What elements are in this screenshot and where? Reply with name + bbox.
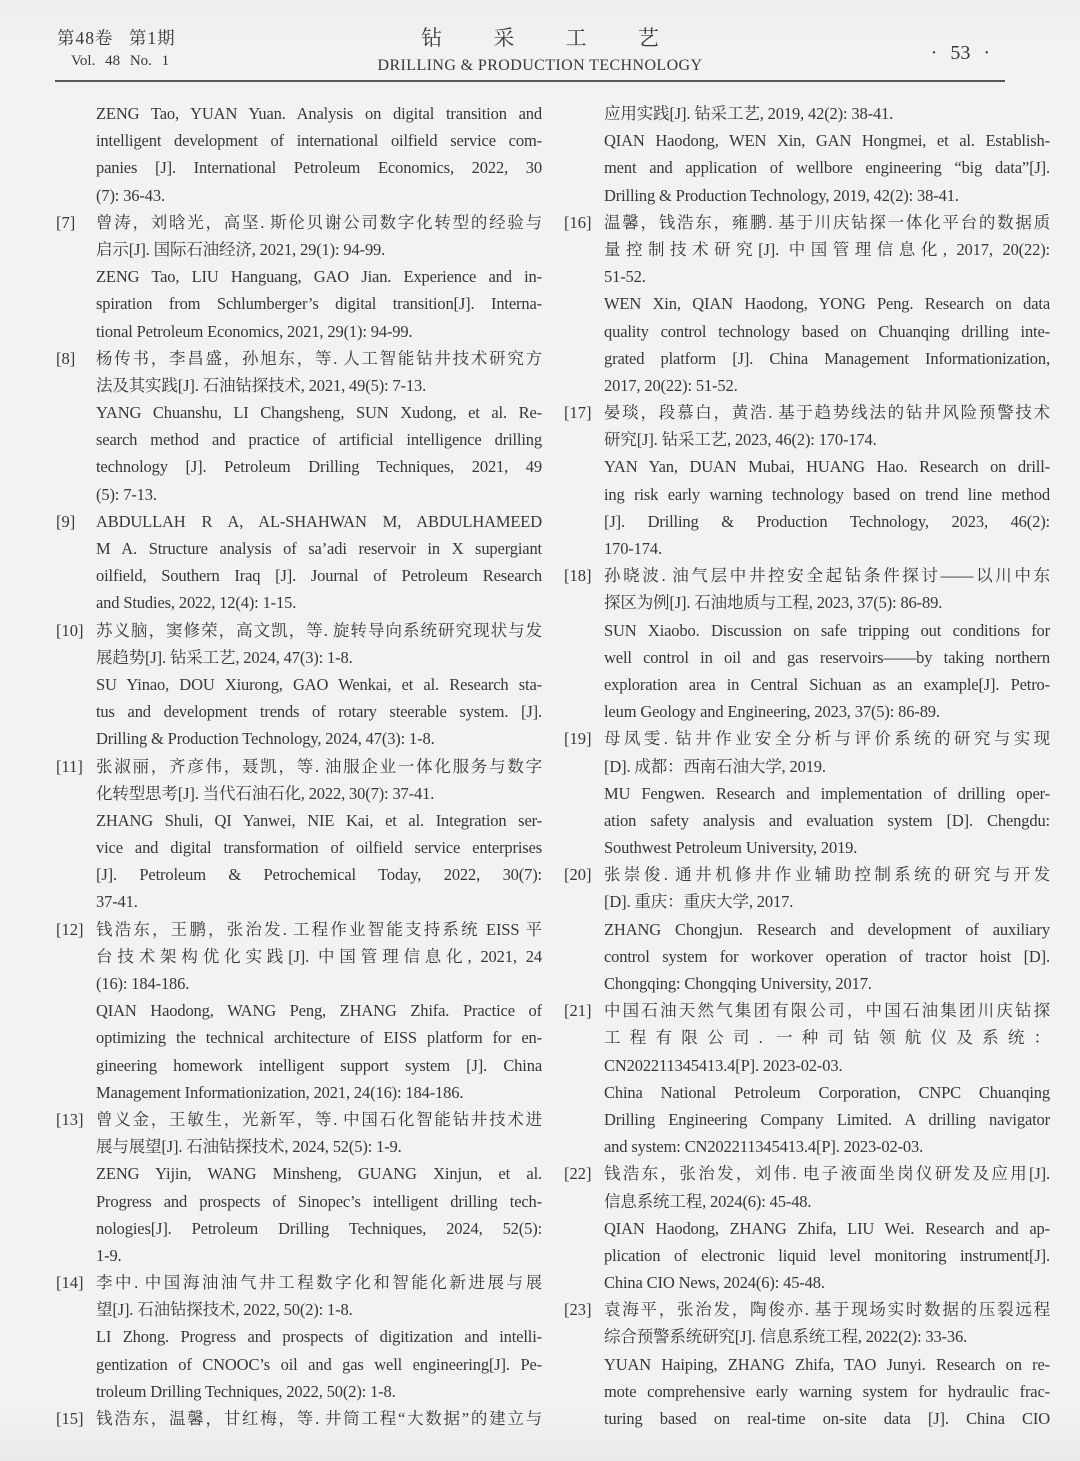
reference-line: 化转型思考[J]. 当代石油石化, 2022, 30(7): 37-41. [96,780,542,807]
reference-line: M A. Structure analysis of sa’adi reserv… [96,535,542,562]
reference-line: vice and digital transformation of oilfi… [96,834,542,861]
reference-line: WEN Xin, QIAN Haodong, YONG Peng. Resear… [604,290,1050,317]
reference-line: 钱浩东，温馨，甘红梅，等. 井筒工程“大数据”的建立与 [96,1405,542,1432]
reference-line: 望[J]. 石油钻探技术, 2022, 50(2): 1-8. [96,1296,542,1323]
reference-entry: 应用实践[J]. 钻采工艺, 2019, 42(2): 38-41.QIAN H… [564,100,1050,209]
reference-line: 李中. 中国海油油气井工程数字化和智能化新进展与展 [96,1269,542,1296]
reference-entry: [15]钱浩东，温馨，甘红梅，等. 井筒工程“大数据”的建立与 [56,1405,542,1432]
reference-line: panies [J]. International Petroleum Econ… [96,154,542,181]
reference-line: ZHANG Chongjun. Research and development… [604,916,1050,943]
reference-number: [7] [56,209,75,236]
reference-entry: [17]晏琰，段慕白，黄浩. 基于趋势线法的钻井风险预警技术研究[J]. 钻采工… [564,399,1050,562]
reference-line: China National Petroleum Corporation, CN… [604,1079,1050,1106]
reference-line: SUN Xiaobo. Discussion on safe tripping … [604,617,1050,644]
reference-line: troleum Drilling Techniques, 2022, 50(2)… [96,1378,542,1405]
reference-line: 张淑丽，齐彦伟，聂凯，等. 油服企业一体化服务与数字 [96,753,542,780]
reference-line: technology [J]. Petroleum Drilling Techn… [96,453,542,480]
reference-line: Southwest Petroleum University, 2019. [604,834,1050,861]
reference-line: and Studies, 2022, 12(4): 1-15. [96,589,542,616]
reference-entry: [8]杨传书，李昌盛，孙旭东，等. 人工智能钻井技术研究方法及其实践[J]. 石… [56,345,542,508]
reference-line: ing risk early warning technology based … [604,481,1050,508]
reference-line: 37-41. [96,888,542,915]
reference-entry: [22]钱浩东，张治发，刘伟. 电子液面坐岗仪研发及应用[J].信息系统工程, … [564,1160,1050,1296]
reference-entry: [13]曾义金，王敏生，光新军，等. 中国石化智能钻井技术进展与展望[J]. 石… [56,1106,542,1269]
reference-line: 2017, 20(22): 51-52. [604,372,1050,399]
header-rule [55,80,1005,82]
reference-number: [10] [56,617,84,644]
reference-line: 探区为例[J]. 石油地质与工程, 2023, 37(5): 86-89. [604,589,1050,616]
reference-entry: [7]曾涛，刘晗光，高坚. 斯伦贝谢公司数字化转型的经验与启示[J]. 国际石油… [56,209,542,345]
reference-entry: [18]孙晓波. 油气层中井控安全起钻条件探讨——以川中东探区为例[J]. 石油… [564,562,1050,725]
reference-line: 1-9. [96,1242,542,1269]
reference-line: ABDULLAH R A, AL-SHAHWAN M, ABDULHAMEED [96,508,542,535]
reference-line: 展趋势[J]. 钻采工艺, 2024, 47(3): 1-8. [96,644,542,671]
reference-line: (7): 36-43. [96,182,542,209]
reference-line: (16): 184-186. [96,970,542,997]
reference-line: ZENG Yijin, WANG Minsheng, GUANG Xinjun,… [96,1160,542,1187]
reference-line: optimizing the technical architecture of… [96,1024,542,1051]
reference-line: spiration from Schlumberger’s digital tr… [96,290,542,317]
reference-line: leum Geology and Engineering, 2023, 37(5… [604,698,1050,725]
reference-line: YAN Yan, DUAN Mubai, HUANG Hao. Research… [604,453,1050,480]
reference-number: [19] [564,725,592,752]
reference-line: ZENG Tao, LIU Hanguang, GAO Jian. Experi… [96,263,542,290]
reference-line: well control in oil and gas reservoirs——… [604,644,1050,671]
reference-line: MU Fengwen. Research and implementation … [604,780,1050,807]
reference-entry: [19]母凤雯. 钻井作业安全分析与评价系统的研究与实现[D]. 成都：西南石油… [564,725,1050,861]
reference-number: [12] [56,916,84,943]
journal-title-cn: 钻 采 工 艺 [0,24,1080,53]
reference-line: 孙晓波. 油气层中井控安全起钻条件探讨——以川中东 [604,562,1050,589]
reference-number: [17] [564,399,592,426]
reference-line: 台技术架构优化实践[J]. 中国管理信息化, 2021, 24 [96,943,542,970]
reference-line: gentization of CNOOC’s oil and gas well … [96,1351,542,1378]
reference-line: 钱浩东，王鹏，张治发. 工程作业智能支持系统 EISS 平 [96,916,542,943]
reference-line: 袁海平，张治发，陶俊亦. 基于现场实时数据的压裂远程 [604,1296,1050,1323]
reference-line: 170-174. [604,535,1050,562]
reference-line: 法及其实践[J]. 石油钻探技术, 2021, 49(5): 7-13. [96,372,542,399]
reference-entry: ZENG Tao, YUAN Yuan. Analysis on digital… [56,100,542,209]
reference-line: ZENG Tao, YUAN Yuan. Analysis on digital… [96,100,542,127]
reference-number: [22] [564,1160,592,1187]
reference-entry: [14]李中. 中国海油油气井工程数字化和智能化新进展与展望[J]. 石油钻探技… [56,1269,542,1405]
reference-number: [18] [564,562,592,589]
reference-number: [8] [56,345,75,372]
reference-line: 张崇俊. 通井机修井作业辅助控制系统的研究与开发 [604,861,1050,888]
reference-line: exploration area in Central Sichuan as a… [604,671,1050,698]
reference-line: (5): 7-13. [96,481,542,508]
reference-line: QIAN Haodong, ZHANG Zhifa, LIU Wei. Rese… [604,1215,1050,1242]
reference-line: control system for workover operation of… [604,943,1050,970]
reference-line: search method and practice of artificial… [96,426,542,453]
reference-line: Management Informationization, 2021, 24(… [96,1079,542,1106]
reference-line: 钱浩东，张治发，刘伟. 电子液面坐岗仪研发及应用[J]. [604,1160,1050,1187]
reference-line: tus and development trends of rotary ste… [96,698,542,725]
reference-entry: [11]张淑丽，齐彦伟，聂凯，等. 油服企业一体化服务与数字化转型思考[J]. … [56,753,542,916]
reference-entry: [16]温馨，钱浩东，雍鹏. 基于川庆钻探一体化平台的数据质量控制技术研究[J]… [564,209,1050,399]
reference-line: mote comprehensive early warning system … [604,1378,1050,1405]
reference-entry: [9]ABDULLAH R A, AL-SHAHWAN M, ABDULHAME… [56,508,542,617]
references-column-right: 应用实践[J]. 钻采工艺, 2019, 42(2): 38-41.QIAN H… [564,100,1050,1432]
reference-line: 晏琰，段慕白，黄浩. 基于趋势线法的钻井风险预警技术 [604,399,1050,426]
page-number: · 53 · [931,42,990,65]
reference-line: Progress and prospects of Sinopec’s inte… [96,1188,542,1215]
reference-number: [23] [564,1296,592,1323]
reference-line: intelligent development of international… [96,127,542,154]
reference-line: tional Petroleum Economics, 2021, 29(1):… [96,318,542,345]
header-journal-title: 钻 采 工 艺 DRILLING & PRODUCTION TECHNOLOGY [0,24,1080,78]
reference-line: CN202211345413.4[P]. 2023-02-03. [604,1052,1050,1079]
reference-number: [16] [564,209,592,236]
reference-line: and system: CN202211345413.4[P]. 2023-02… [604,1133,1050,1160]
reference-number: [14] [56,1269,84,1296]
reference-entry: [10]苏义脑，窦修荣，高文凯，等. 旋转导向系统研究现状与发展趋势[J]. 钻… [56,617,542,753]
reference-line: Drilling Engineering Company Limited. A … [604,1106,1050,1133]
reference-line: 母凤雯. 钻井作业安全分析与评价系统的研究与实现 [604,725,1050,752]
reference-number: [13] [56,1106,84,1133]
reference-line: 曾涛，刘晗光，高坚. 斯伦贝谢公司数字化转型的经验与 [96,209,542,236]
reference-line: Chongqing: Chongqing University, 2017. [604,970,1050,997]
reference-line: 应用实践[J]. 钻采工艺, 2019, 42(2): 38-41. [604,100,1050,127]
reference-line: LI Zhong. Progress and prospects of digi… [96,1323,542,1350]
reference-line: plication of electronic liquid level mon… [604,1242,1050,1269]
reference-line: turing based on real-time on-site data [… [604,1405,1050,1432]
reference-line: 中国石油天然气集团有限公司，中国石油集团川庆钻探 [604,997,1050,1024]
reference-line: 启示[J]. 国际石油经济, 2021, 29(1): 94-99. [96,236,542,263]
reference-line: oilfield, Southern Iraq [J]. Journal of … [96,562,542,589]
reference-line: ation safety analysis and evaluation sys… [604,807,1050,834]
reference-line: YANG Chuanshu, LI Changsheng, SUN Xudong… [96,399,542,426]
reference-line: Drilling & Production Technology, 2019, … [604,182,1050,209]
journal-title-en: DRILLING & PRODUCTION TECHNOLOGY [0,55,1080,77]
reference-line: 曾义金，王敏生，光新军，等. 中国石化智能钻井技术进 [96,1106,542,1133]
reference-entry: [21]中国石油天然气集团有限公司，中国石油集团川庆钻探工程有限公司. 一种司钻… [564,997,1050,1160]
reference-line: ment and application of wellbore enginee… [604,154,1050,181]
reference-line: QIAN Haodong, WEN Xin, GAN Hongmei, et a… [604,127,1050,154]
reference-number: [11] [56,753,83,780]
reference-line: 量控制技术研究[J]. 中国管理信息化, 2017, 20(22): [604,236,1050,263]
reference-line: Drilling & Production Technology, 2024, … [96,725,542,752]
reference-line: 研究[J]. 钻采工艺, 2023, 46(2): 170-174. [604,426,1050,453]
reference-line: 工程有限公司. 一种司钻领航仪及系统： [604,1024,1050,1051]
reference-line: ZHANG Shuli, QI Yanwei, NIE Kai, et al. … [96,807,542,834]
reference-line: nologies[J]. Petroleum Drilling Techniqu… [96,1215,542,1242]
reference-number: [21] [564,997,592,1024]
reference-line: 信息系统工程, 2024(6): 45-48. [604,1188,1050,1215]
reference-line: [D]. 成都：西南石油大学, 2019. [604,753,1050,780]
reference-entry: [20]张崇俊. 通井机修井作业辅助控制系统的研究与开发[D]. 重庆：重庆大学… [564,861,1050,997]
reference-line: 51-52. [604,263,1050,290]
reference-line: 杨传书，李昌盛，孙旭东，等. 人工智能钻井技术研究方 [96,345,542,372]
reference-line: YUAN Haiping, ZHANG Zhifa, TAO Junyi. Re… [604,1351,1050,1378]
reference-line: China CIO News, 2024(6): 45-48. [604,1269,1050,1296]
reference-line: 温馨，钱浩东，雍鹏. 基于川庆钻探一体化平台的数据质 [604,209,1050,236]
reference-line: grated platform [J]. China Management In… [604,345,1050,372]
reference-line: 展与展望[J]. 石油钻探技术, 2024, 52(5): 1-9. [96,1133,542,1160]
reference-line: 综合预警系统研究[J]. 信息系统工程, 2022(2): 33-36. [604,1323,1050,1350]
reference-number: [9] [56,508,75,535]
reference-line: [J]. Petroleum & Petrochemical Today, 20… [96,861,542,888]
reference-line: quality control technology based on Chua… [604,318,1050,345]
reference-line: 苏义脑，窦修荣，高文凯，等. 旋转导向系统研究现状与发 [96,617,542,644]
journal-page: 第48卷 第1期 Vol. 48 No. 1 钻 采 工 艺 DRILLING … [0,0,1080,1461]
reference-line: SU Yinao, DOU Xiurong, GAO Wenkai, et al… [96,671,542,698]
reference-number: [20] [564,861,592,888]
reference-entry: [23]袁海平，张治发，陶俊亦. 基于现场实时数据的压裂远程综合预警系统研究[J… [564,1296,1050,1432]
references-section: ZENG Tao, YUAN Yuan. Analysis on digital… [56,100,1050,1432]
reference-line: QIAN Haodong, WANG Peng, ZHANG Zhifa. Pr… [96,997,542,1024]
reference-number: [15] [56,1405,84,1432]
reference-entry: [12]钱浩东，王鹏，张治发. 工程作业智能支持系统 EISS 平台技术架构优化… [56,916,542,1106]
reference-line: [D]. 重庆：重庆大学, 2017. [604,888,1050,915]
references-column-left: ZENG Tao, YUAN Yuan. Analysis on digital… [56,100,542,1432]
reference-line: gineering homework intelligent support s… [96,1052,542,1079]
reference-line: [J]. Drilling & Production Technology, 2… [604,508,1050,535]
